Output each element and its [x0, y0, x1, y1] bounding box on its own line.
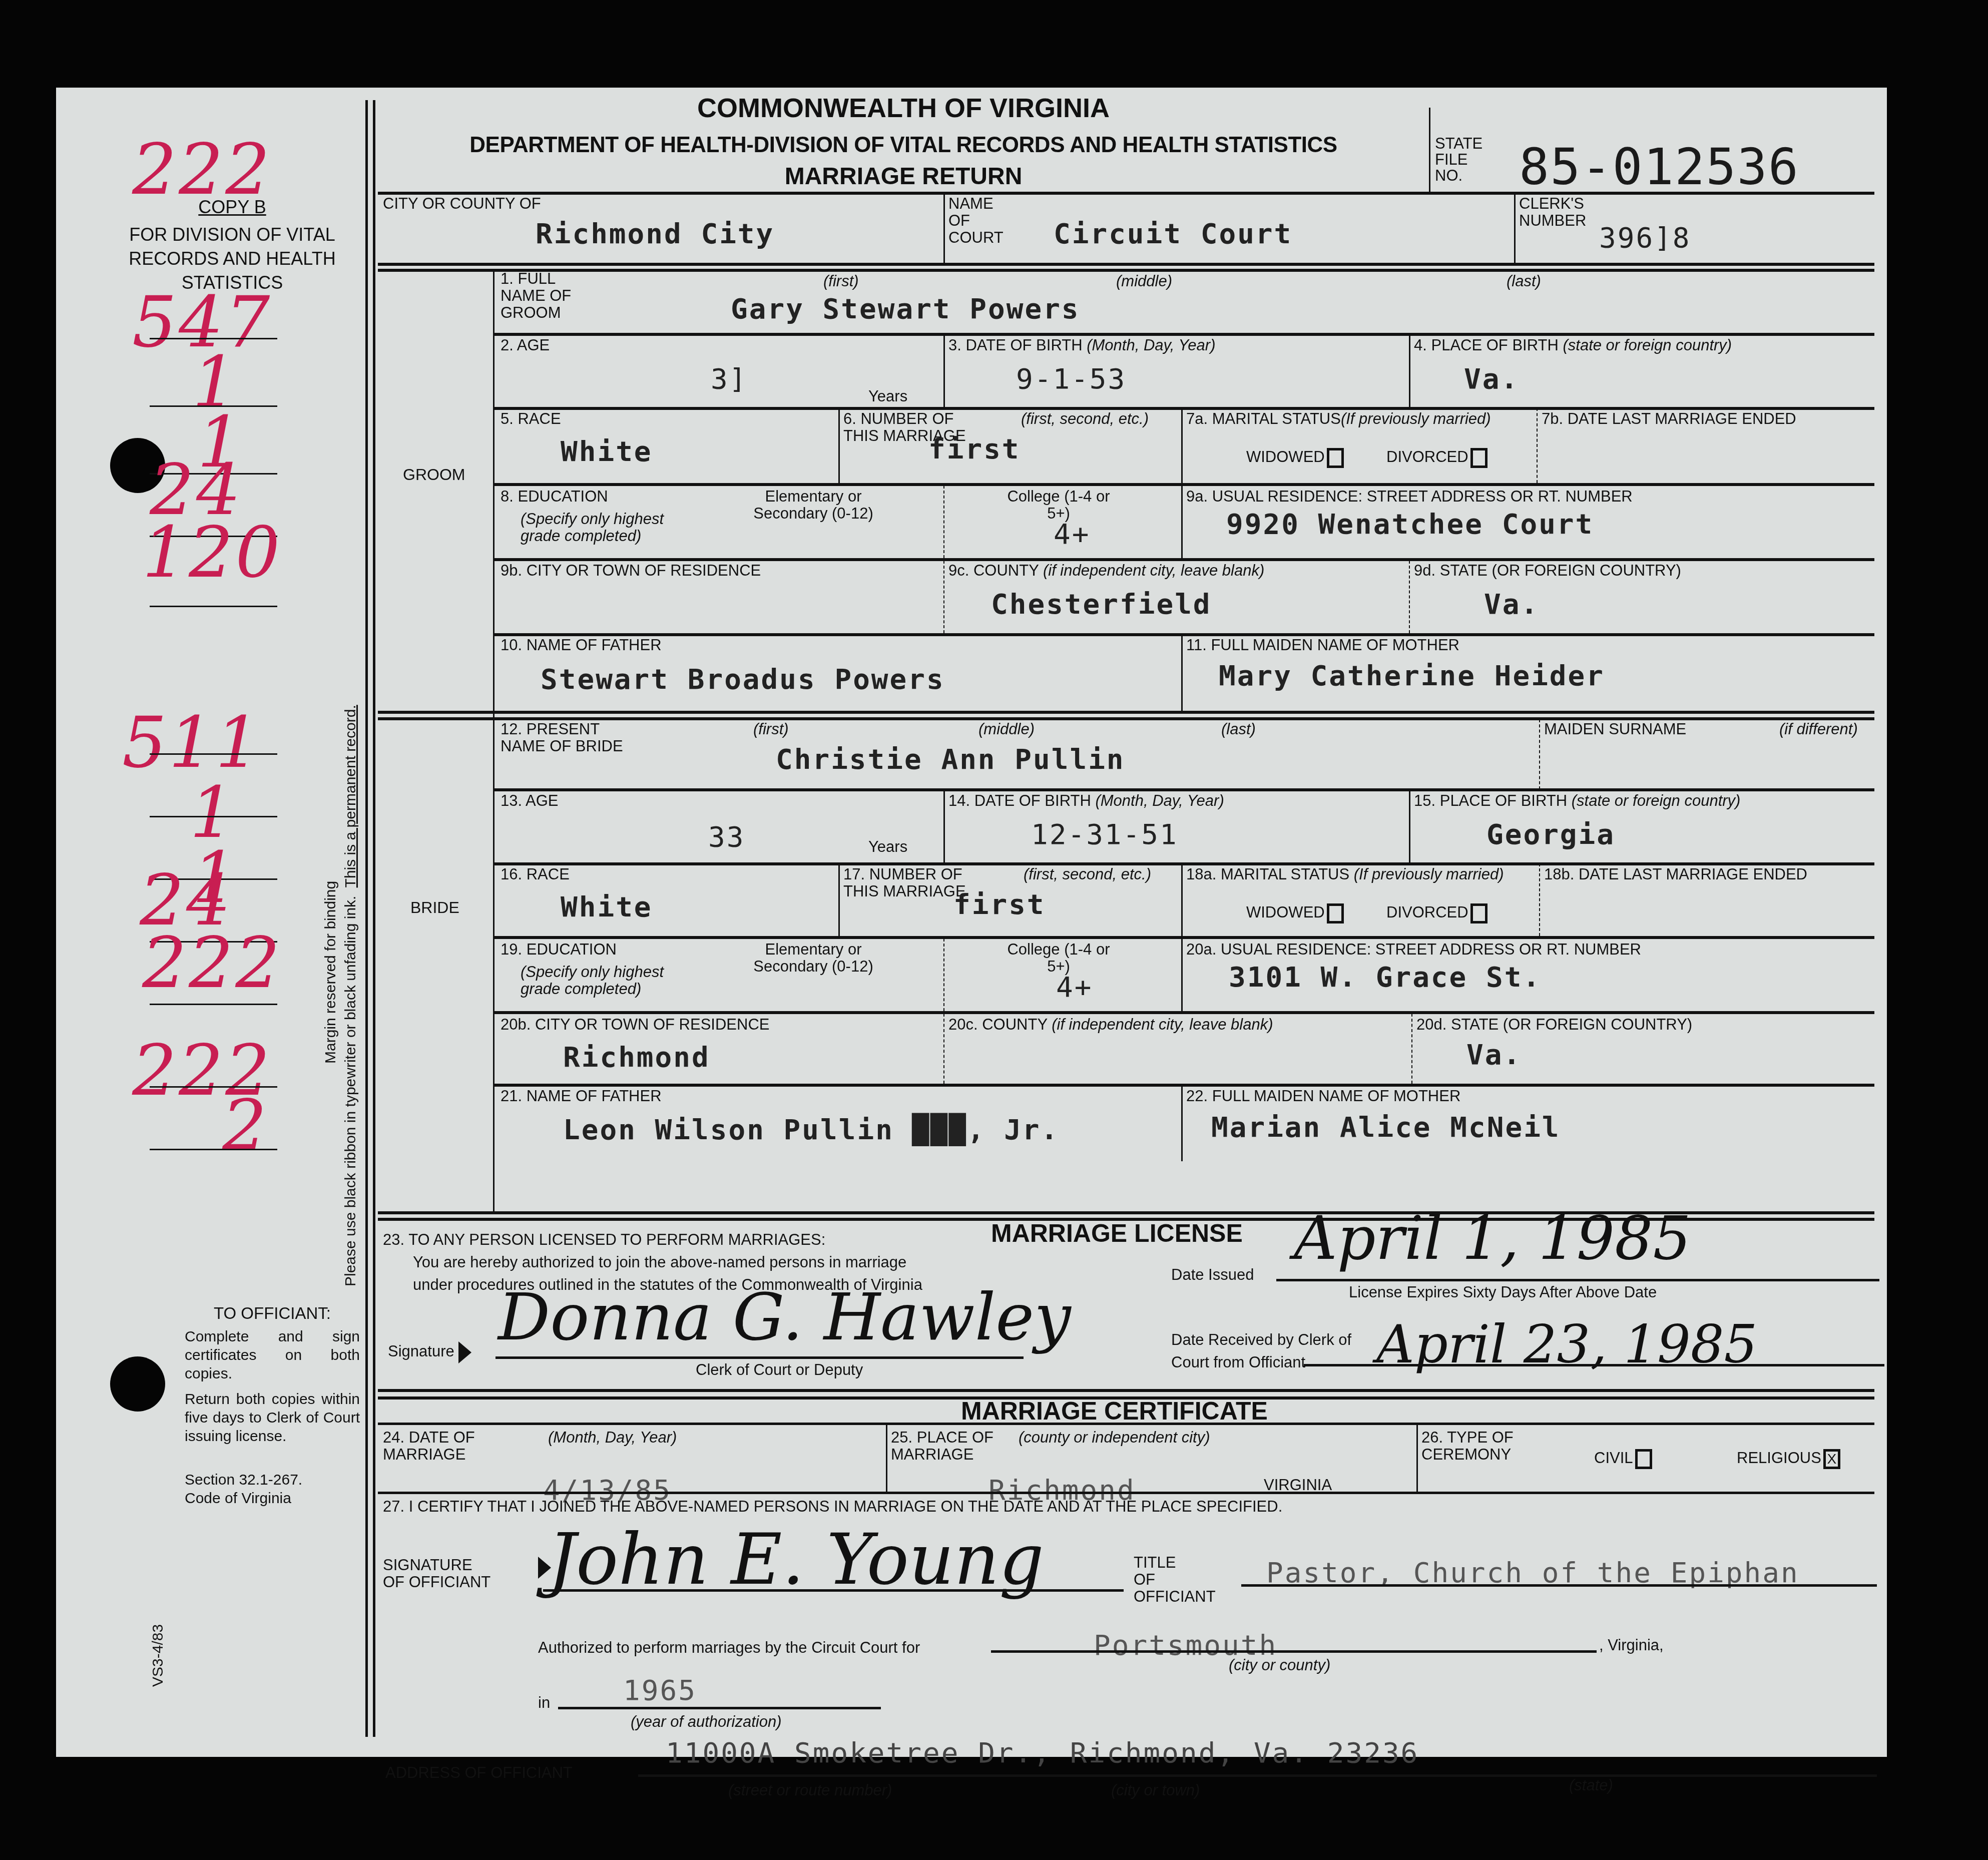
checkbox-icon	[1327, 903, 1344, 923]
groom-marriage-number-value: first	[928, 433, 1021, 466]
civil-checkbox[interactable]: CIVIL	[1594, 1449, 1652, 1469]
bride-education-label: 19. EDUCATION	[501, 941, 617, 958]
bride-pob-value: Georgia	[1486, 818, 1615, 851]
address-hint-city: (city or town)	[1111, 1781, 1200, 1799]
bride-dob-label: 14. DATE OF BIRTH (Month, Day, Year)	[948, 792, 1224, 809]
license-signature-label: Signature	[388, 1341, 471, 1363]
bride-city-value: Richmond	[563, 1041, 710, 1074]
bride-mother-label: 22. FULL MAIDEN NAME OF MOTHER	[1186, 1088, 1460, 1105]
officiant-address-value: 11000A Smoketree Dr., Richmond, Va. 2323…	[666, 1737, 1419, 1769]
groom-mother-label: 11. FULL MAIDEN NAME OF MOTHER	[1186, 637, 1459, 654]
groom-pob-label: 4. PLACE OF BIRTH (state or foreign coun…	[1414, 337, 1732, 354]
groom-county-label: 9c. COUNTY (if independent city, leave b…	[948, 562, 1264, 579]
binding-note: Margin reserved for binding	[322, 881, 339, 1064]
clerk-number-value: 396]8	[1599, 222, 1691, 254]
bride-college-value: 4+	[1056, 971, 1093, 1004]
license-text-1: You are hereby authorized to join the ab…	[413, 1254, 906, 1271]
bride-marriage-number-label: 17. NUMBER OF THIS MARRIAGE	[843, 866, 968, 900]
officiant-instruction-2: Return both copies within five days to C…	[185, 1390, 360, 1446]
bride-age-label: 13. AGE	[501, 792, 558, 809]
bride-county-label: 20c. COUNTY (if independent city, leave …	[948, 1016, 1273, 1033]
handwritten-code: 222	[142, 928, 282, 999]
checkbox-icon	[1470, 448, 1487, 468]
groom-race-value: White	[561, 435, 653, 468]
groom-education-label: 8. EDUCATION	[501, 488, 608, 505]
groom-age-value: 3]	[711, 363, 747, 395]
ceremony-type-label: 26. TYPE OF CEREMONY	[1421, 1429, 1537, 1463]
bride-name-label: 12. PRESENT NAME OF BRIDE	[501, 721, 631, 755]
header-department: DEPARTMENT OF HEALTH-DIVISION OF VITAL R…	[378, 133, 1429, 158]
license-expiry-note: License Expires Sixty Days After Above D…	[1349, 1284, 1657, 1301]
bride-race-label: 16. RACE	[501, 866, 570, 883]
form-code: VS3-4/83	[150, 1624, 167, 1687]
court-name-label: NAME OF COURT	[948, 195, 1014, 246]
clerk-signature: Donna G. Hawley	[498, 1279, 1071, 1355]
religious-checkbox[interactable]: RELIGIOUSX	[1737, 1449, 1840, 1469]
header-form-name: MARRIAGE RETURN	[378, 163, 1429, 190]
groom-dob-value: 9-1-53	[1016, 363, 1126, 395]
groom-age-label: 2. AGE	[501, 337, 550, 354]
handwritten-code: 511	[122, 708, 262, 778]
handwritten-code: 2	[222, 1091, 269, 1161]
certificate-title: MARRIAGE CERTIFICATE	[961, 1397, 1268, 1426]
officiant-signature: John E. Young	[548, 1519, 1044, 1601]
bride-age-value: 33	[708, 821, 745, 853]
date-issued-label: Date Issued	[1171, 1266, 1254, 1283]
authorized-hint: (city or county)	[1229, 1656, 1330, 1674]
officiant-instruction-1: Complete and sign certificates on both c…	[185, 1327, 360, 1383]
bride-maiden-surname-label: MAIDEN SURNAME	[1544, 721, 1686, 738]
officiant-heading: TO OFFICIANT:	[185, 1304, 360, 1322]
ink-note: Please use black ribbon in typewriter or…	[342, 705, 359, 1286]
checkbox-checked-icon: X	[1823, 1449, 1840, 1469]
state-file-number: 85-012536	[1519, 138, 1799, 196]
address-hint-state: (state)	[1569, 1776, 1613, 1794]
certify-statement: 27. I CERTIFY THAT I JOINED THE ABOVE-NA…	[383, 1498, 1282, 1515]
permanent-record-note: This is a permanent record.	[342, 705, 359, 887]
bride-divorced-checkbox[interactable]: DIVORCED	[1386, 903, 1487, 923]
date-received-label-2: Court from Officiant	[1171, 1354, 1305, 1371]
checkbox-icon	[1327, 448, 1344, 468]
bride-city-label: 20b. CITY OR TOWN OF RESIDENCE	[501, 1016, 769, 1033]
groom-city-label: 9b. CITY OR TOWN OF RESIDENCE	[501, 562, 761, 579]
groom-widowed-checkbox[interactable]: WIDOWED	[1246, 448, 1344, 468]
checkbox-icon	[1635, 1449, 1652, 1469]
authorization-year-hint: (year of authorization)	[631, 1713, 782, 1730]
groom-race-label: 5. RACE	[501, 410, 561, 427]
groom-state-label: 9d. STATE (OR FOREIGN COUNTRY)	[1414, 562, 1681, 579]
bride-father-value: Leon Wilson Pullin ███, Jr.	[563, 1114, 1059, 1146]
date-issued-value: April 1, 1985	[1294, 1204, 1691, 1273]
bride-residence-label: 20a. USUAL RESIDENCE: STREET ADDRESS OR …	[1186, 941, 1641, 958]
checkbox-icon	[1470, 903, 1487, 923]
left-margin: COPY B FOR DIVISION OF VITAL RECORDS AND…	[102, 88, 362, 1757]
copy-desc-2: RECORDS AND HEALTH	[102, 247, 362, 271]
bride-mother-value: Marian Alice McNeil	[1211, 1111, 1561, 1144]
marriage-date-label: 24. DATE OF MARRIAGE	[383, 1429, 513, 1463]
groom-edu-elem-label: Elementary or Secondary (0-12)	[738, 488, 888, 522]
officiant-address-label: ADDRESS OF OFFICIANT	[385, 1764, 573, 1781]
state-file-label-1: STATE	[1435, 135, 1482, 152]
court-name-value: Circuit Court	[1054, 218, 1292, 250]
city-county-label: CITY OR COUNTY OF	[383, 195, 541, 212]
city-county-value: Richmond City	[536, 218, 774, 250]
license-item-label: 23. TO ANY PERSON LICENSED TO PERFORM MA…	[383, 1231, 825, 1248]
handwritten-code: 120	[142, 518, 282, 588]
groom-marital-label: 7a. MARITAL STATUS(If previously married…	[1186, 410, 1491, 427]
marriage-place-state: VIRGINIA	[1264, 1477, 1332, 1494]
groom-state-value: Va.	[1484, 588, 1539, 621]
groom-dob-label: 3. DATE OF BIRTH (Month, Day, Year)	[948, 337, 1215, 354]
bride-last-marriage-ended-label: 18b. DATE LAST MARRIAGE ENDED	[1544, 866, 1807, 883]
form-body: COMMONWEALTH OF VIRGINIA DEPARTMENT OF H…	[378, 88, 1877, 1739]
clerk-role-label: Clerk of Court or Deputy	[696, 1361, 863, 1378]
groom-residence-value: 9920 Wenatchee Court	[1226, 508, 1594, 541]
bride-name-value: Christie Ann Pullin	[776, 743, 1125, 776]
bride-race-value: White	[561, 891, 653, 923]
bride-edu-college-label: College (1-4 or 5+)	[1004, 941, 1114, 975]
officiant-instructions: TO OFFICIANT: Complete and sign certific…	[185, 1304, 360, 1508]
groom-name-value: Gary Stewart Powers	[731, 293, 1080, 325]
bride-marriage-number-value: first	[953, 888, 1046, 921]
copy-desc-1: FOR DIVISION OF VITAL	[102, 223, 362, 247]
bride-residence-value: 3101 W. Grace St.	[1229, 961, 1541, 994]
bride-state-label: 20d. STATE (OR FOREIGN COUNTRY)	[1416, 1016, 1692, 1033]
groom-county-value: Chesterfield	[991, 588, 1212, 621]
marriage-place-label: 25. PLACE OF MARRIAGE	[891, 1429, 1006, 1463]
statute-code: Code of Virginia	[185, 1489, 360, 1508]
groom-years-label: Years	[868, 388, 907, 405]
groom-college-value: 4+	[1054, 518, 1090, 551]
groom-section-label: GROOM	[403, 466, 465, 484]
address-hint-street: (street or route number)	[728, 1781, 892, 1799]
officiant-title-label: TITLE OF OFFICIANT	[1134, 1554, 1199, 1605]
authorized-suffix: , Virginia,	[1599, 1637, 1664, 1654]
groom-last-marriage-ended-label: 7b. DATE LAST MARRIAGE ENDED	[1542, 410, 1796, 427]
authorization-in-label: in	[538, 1694, 550, 1711]
bride-widowed-checkbox[interactable]: WIDOWED	[1246, 903, 1344, 923]
bride-pob-label: 15. PLACE OF BIRTH (state or foreign cou…	[1414, 792, 1740, 809]
bride-section-label: BRIDE	[410, 898, 459, 917]
authorized-label: Authorized to perform marriages by the C…	[538, 1639, 920, 1656]
bride-father-label: 21. NAME OF FATHER	[501, 1088, 662, 1105]
groom-residence-label: 9a. USUAL RESIDENCE: STREET ADDRESS OR R…	[1186, 488, 1633, 505]
groom-pob-value: Va.	[1464, 363, 1519, 395]
header-title: COMMONWEALTH OF VIRGINIA	[378, 93, 1429, 124]
officiant-signature-label: SIGNATURE OF OFFICIANT	[383, 1557, 498, 1591]
bride-edu-elem-label: Elementary or Secondary (0-12)	[738, 941, 888, 975]
groom-father-label: 10. NAME OF FATHER	[501, 637, 662, 654]
bride-marital-label: 18a. MARITAL STATUS (If previously marri…	[1186, 866, 1504, 883]
date-received-label-1: Date Received by Clerk of	[1171, 1331, 1351, 1348]
handwritten-code: 222	[132, 135, 272, 205]
groom-father-value: Stewart Broadus Powers	[541, 663, 945, 696]
groom-edu-college-label: College (1-4 or 5+)	[1004, 488, 1114, 522]
state-file-label-3: NO.	[1435, 167, 1462, 184]
bride-years-label: Years	[868, 838, 907, 855]
license-title: MARRIAGE LICENSE	[991, 1219, 1243, 1248]
bride-state-value: Va.	[1466, 1039, 1522, 1071]
arrow-right-icon	[458, 1341, 471, 1363]
bride-dob-value: 12-31-51	[1031, 818, 1178, 851]
state-file-label-2: FILE	[1435, 151, 1467, 168]
groom-mother-value: Mary Catherine Heider	[1219, 660, 1605, 692]
groom-divorced-checkbox[interactable]: DIVORCED	[1386, 448, 1487, 468]
clerk-number-label: CLERK'S NUMBER	[1519, 195, 1594, 229]
authorization-year-value: 1965	[623, 1674, 697, 1707]
groom-name-label: 1. FULL NAME OF GROOM	[501, 270, 601, 321]
statute-section: Section 32.1-267.	[185, 1471, 360, 1489]
